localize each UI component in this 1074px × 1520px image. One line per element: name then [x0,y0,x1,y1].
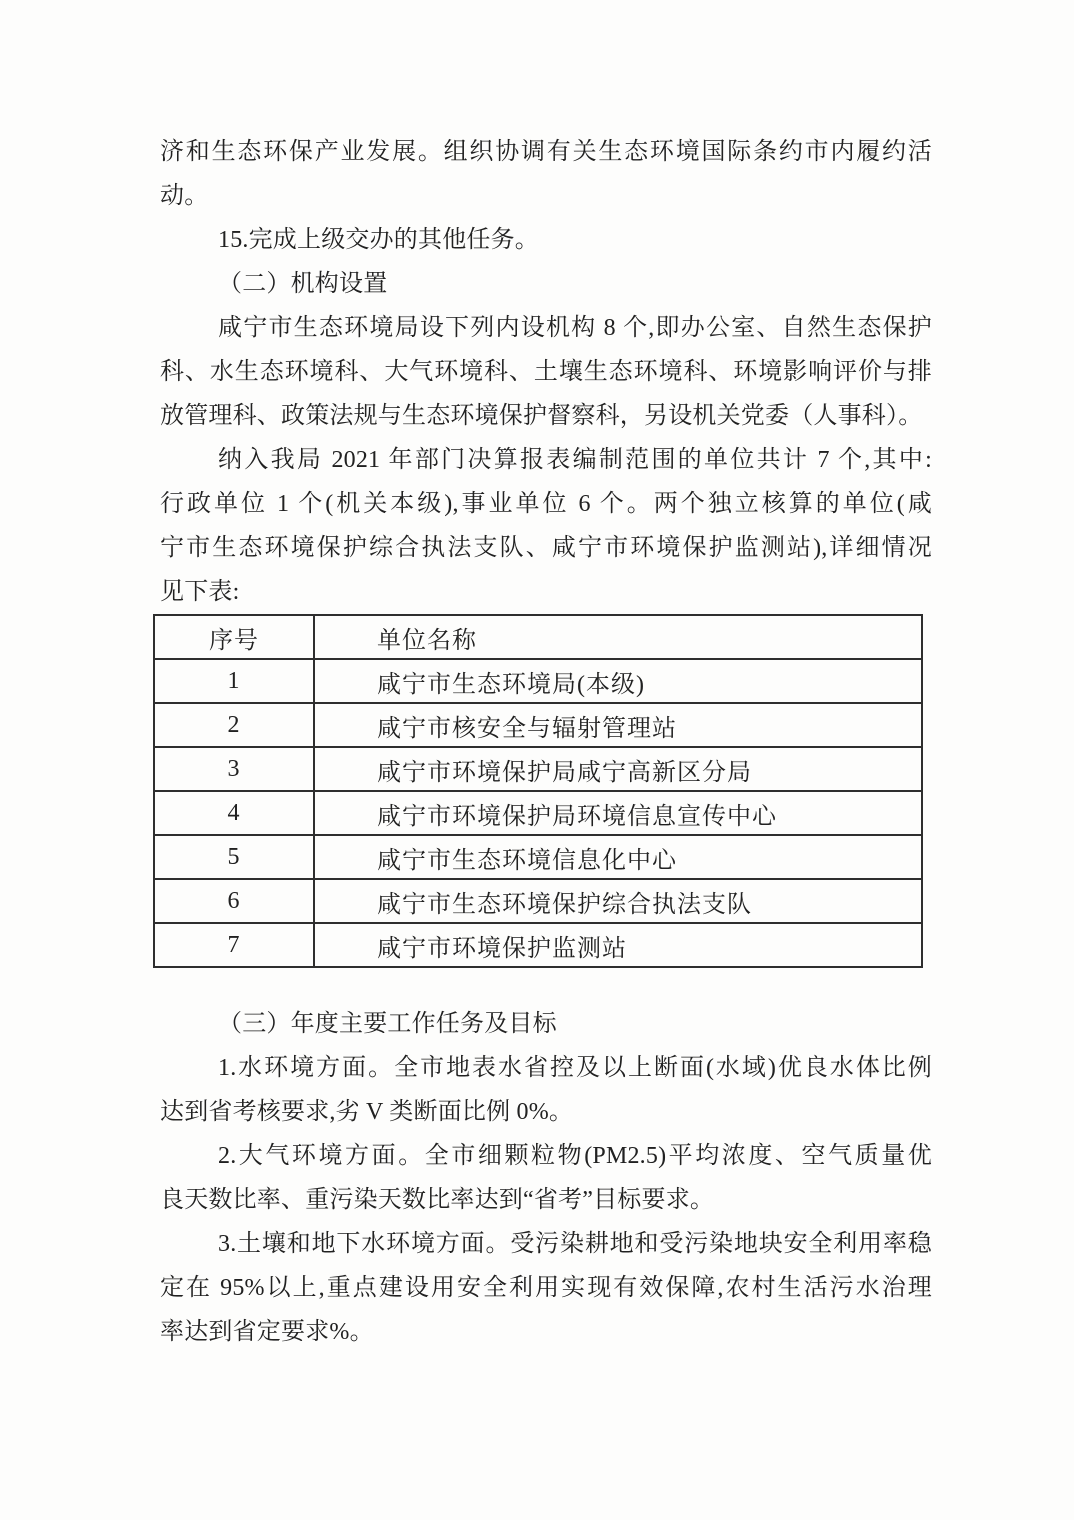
table-header-row: 序号 单位名称 [154,615,922,659]
text-line: 定在 95%以上,重点建设用安全利用实现有效保障,农村生活污水治理 [160,1266,932,1310]
cell-unit-name: 咸宁市核安全与辐射管理站 [314,703,922,747]
text-line: 1.水环境方面。全市地表水省控及以上断面(水域)优良水体比例 [160,1046,932,1090]
paragraph-soil-env: 3.土壤和地下水环境方面。受污染耕地和受污染地块安全利用率稳 定在 95%以上,… [160,1222,932,1354]
cell-unit-name: 咸宁市环境保护监测站 [314,923,922,967]
table-row: 6 咸宁市生态环境保护综合执法支队 [154,879,922,923]
text-line: 咸宁市生态环境局设下列内设机构 8 个,即办公室、自然生态保护 [160,306,932,350]
table-row: 5 咸宁市生态环境信息化中心 [154,835,922,879]
paragraph-water-env: 1.水环境方面。全市地表水省控及以上断面(水域)优良水体比例 达到省考核要求,劣… [160,1046,932,1134]
text-line: 行政单位 1 个(机关本级),事业单位 6 个。两个独立核算的单位(咸 [160,482,932,526]
text-line: 济和生态环保产业发展。组织协调有关生态环境国际条约市内履约活 [160,130,932,174]
text-line: 科、水生态环境科、大气环境科、土壤生态环境科、环境影响评价与排 [160,350,932,394]
text-line: 良天数比率、重污染天数比率达到“省考”目标要求。 [160,1178,932,1222]
paragraph-item-15: 15.完成上级交办的其他任务。 [160,218,932,262]
cell-seq: 1 [154,659,314,703]
document-page: 济和生态环保产业发展。组织协调有关生态环境国际条约市内履约活 动。 15.完成上… [0,0,1074,1520]
paragraph-budget-units: 纳入我局 2021 年部门决算报表编制范围的单位共计 7 个,其中: 行政单位 … [160,438,932,614]
text-line: 宁市生态环境保护综合执法支队、咸宁市环境保护监测站),详细情况 [160,526,932,570]
cell-unit-name: 咸宁市环境保护局咸宁高新区分局 [314,747,922,791]
cell-seq: 6 [154,879,314,923]
cell-unit-name: 咸宁市环境保护局环境信息宣传中心 [314,791,922,835]
column-header-seq: 序号 [154,615,314,659]
heading-section-2: （二）机构设置 [160,262,932,306]
cell-seq: 4 [154,791,314,835]
text-line: 率达到省定要求%。 [160,1310,932,1354]
text-line: 放管理科、政策法规与生态环境保护督察科，另设机关党委（人事科）。 [160,394,932,438]
cell-seq: 7 [154,923,314,967]
cell-unit-name: 咸宁市生态环境局(本级) [314,659,922,703]
heading-section-3: （三）年度主要工作任务及目标 [160,1002,932,1046]
text-line: 见下表: [160,570,932,614]
table-row: 1 咸宁市生态环境局(本级) [154,659,922,703]
column-header-unit-name: 单位名称 [314,615,922,659]
table-row: 3 咸宁市环境保护局咸宁高新区分局 [154,747,922,791]
text-line: 3.土壤和地下水环境方面。受污染耕地和受污染地块安全利用率稳 [160,1222,932,1266]
paragraph-internal-org: 咸宁市生态环境局设下列内设机构 8 个,即办公室、自然生态保护 科、水生态环境科… [160,306,932,438]
cell-seq: 5 [154,835,314,879]
text-line: 纳入我局 2021 年部门决算报表编制范围的单位共计 7 个,其中: [160,438,932,482]
cell-seq: 2 [154,703,314,747]
table-row: 2 咸宁市核安全与辐射管理站 [154,703,922,747]
text-line: 2.大气环境方面。全市细颗粒物(PM2.5)平均浓度、空气质量优 [160,1134,932,1178]
text-line: 动。 [160,174,932,218]
paragraph-air-env: 2.大气环境方面。全市细颗粒物(PM2.5)平均浓度、空气质量优 良天数比率、重… [160,1134,932,1222]
text-line: 15.完成上级交办的其他任务。 [160,218,932,262]
units-table: 序号 单位名称 1 咸宁市生态环境局(本级) 2 咸宁市核安全与辐射管理站 3 … [153,614,923,968]
text-line: （三）年度主要工作任务及目标 [160,1002,932,1046]
cell-unit-name: 咸宁市生态环境信息化中心 [314,835,922,879]
table-row: 7 咸宁市环境保护监测站 [154,923,922,967]
text-line: （二）机构设置 [160,262,932,306]
cell-seq: 3 [154,747,314,791]
paragraph-continuation: 济和生态环保产业发展。组织协调有关生态环境国际条约市内履约活 动。 [160,130,932,218]
table-row: 4 咸宁市环境保护局环境信息宣传中心 [154,791,922,835]
cell-unit-name: 咸宁市生态环境保护综合执法支队 [314,879,922,923]
text-line: 达到省考核要求,劣 V 类断面比例 0%。 [160,1090,932,1134]
